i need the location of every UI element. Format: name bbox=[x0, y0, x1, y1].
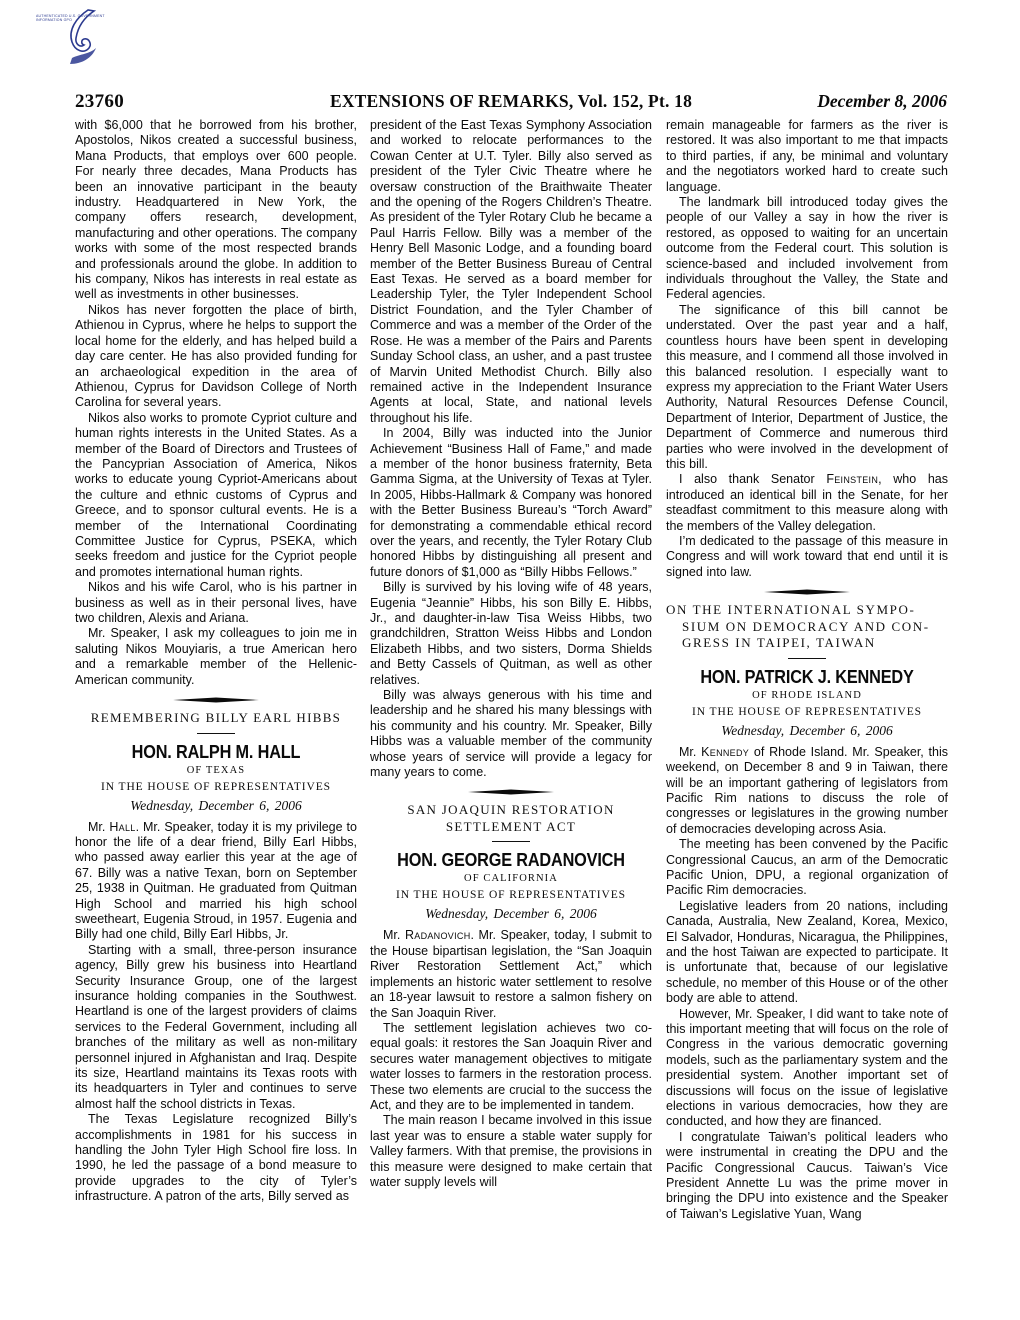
gpo-authentication-logo: AUTHENTICATED U.S. GOVERNMENT INFORMATIO… bbox=[30, 6, 110, 76]
paragraph: Nikos has never forgotten the place of b… bbox=[75, 303, 357, 411]
paragraph: However, Mr. Speaker, I did want to take… bbox=[666, 1007, 948, 1130]
column-3: remain manageable for farmers as the riv… bbox=[666, 118, 948, 1222]
paragraph: The settlement legislation achieves two … bbox=[370, 1021, 652, 1113]
paragraph: I congratulate Taiwan’s political leader… bbox=[666, 1130, 948, 1222]
paragraph: Legislative leaders from 20 nations, inc… bbox=[666, 899, 948, 1007]
heading-rule bbox=[492, 841, 530, 842]
paragraph: The main reason I became involved in thi… bbox=[370, 1113, 652, 1190]
paragraph: Mr. Radanovich. Mr. Speaker, today, I su… bbox=[370, 928, 652, 1020]
paragraph: In 2004, Billy was inducted into the Jun… bbox=[370, 426, 652, 580]
paragraph: The significance of this bill cannot be … bbox=[666, 303, 948, 472]
chamber-line: IN THE HOUSE OF REPRESENTATIVES bbox=[666, 705, 948, 719]
speaker-name: Radanovich bbox=[405, 928, 471, 942]
senator-name: Feinstein bbox=[826, 472, 878, 486]
paragraph: The Texas Legislature recognized Billy’s… bbox=[75, 1112, 357, 1204]
member-name: HON. GEORGE RADANOVICH bbox=[387, 849, 635, 870]
date-line: Wednesday, December 6, 2006 bbox=[370, 906, 652, 922]
member-name: HON. RALPH M. HALL bbox=[92, 741, 340, 762]
member-state: OF RHODE ISLAND bbox=[666, 689, 948, 702]
chamber-line: IN THE HOUSE OF REPRESENTATIVES bbox=[75, 780, 357, 794]
section-heading: ON THE INTERNATIONAL SYMPO- SIUM ON DEMO… bbox=[666, 602, 948, 652]
paragraph: president of the East Texas Symphony Ass… bbox=[370, 118, 652, 426]
column-2: president of the East Texas Symphony Ass… bbox=[370, 118, 652, 1190]
congressional-record-page: AUTHENTICATED U.S. GOVERNMENT INFORMATIO… bbox=[0, 0, 1020, 1320]
paragraph: Billy is survived by his loving wife of … bbox=[370, 580, 652, 688]
section-heading: SAN JOAQUIN RESTORATION SETTLEMENT ACT bbox=[370, 802, 652, 835]
paragraph: The meeting has been convened by the Pac… bbox=[666, 837, 948, 899]
heading-rule bbox=[197, 733, 235, 734]
paragraph: Mr. Kennedy of Rhode Island. Mr. Speaker… bbox=[666, 745, 948, 837]
section-heading: REMEMBERING BILLY EARL HIBBS bbox=[75, 710, 357, 727]
member-state: OF CALIFORNIA bbox=[370, 872, 652, 885]
paragraph-text: . Mr. Speaker, today it is my privilege … bbox=[75, 820, 357, 942]
paragraph: The landmark bill introduced today gives… bbox=[666, 195, 948, 303]
section-divider bbox=[666, 589, 948, 595]
paragraph: I also thank Senator Feinstein, who has … bbox=[666, 472, 948, 534]
paragraph: Nikos also works to promote Cypriot cult… bbox=[75, 411, 357, 580]
member-name: HON. PATRICK J. KENNEDY bbox=[683, 666, 931, 687]
paragraph: Starting with a small, three-person insu… bbox=[75, 943, 357, 1112]
heading-rule bbox=[788, 658, 826, 659]
section-divider bbox=[75, 697, 357, 703]
paragraph: I’m dedicated to the passage of this mea… bbox=[666, 534, 948, 580]
chamber-line: IN THE HOUSE OF REPRESENTATIVES bbox=[370, 888, 652, 902]
date-line: Wednesday, December 6, 2006 bbox=[666, 723, 948, 739]
paragraph-text: I also thank Senator bbox=[679, 472, 826, 486]
date-line: Wednesday, December 6, 2006 bbox=[75, 798, 357, 814]
speaker-prefix: Mr. bbox=[679, 745, 701, 759]
speaker-prefix: Mr. bbox=[88, 820, 109, 834]
speaker-name: Hall bbox=[109, 820, 135, 834]
section-divider bbox=[370, 789, 652, 795]
issue-date: December 8, 2006 bbox=[747, 90, 947, 112]
speaker-name: Kennedy bbox=[701, 745, 749, 759]
paragraph: remain manageable for farmers as the riv… bbox=[666, 118, 948, 195]
page-header: 23760 EXTENSIONS OF REMARKS, Vol. 152, P… bbox=[75, 90, 947, 113]
page-number: 23760 bbox=[75, 91, 275, 113]
column-1: with $6,000 that he borrowed from his br… bbox=[75, 118, 357, 1205]
paragraph: with $6,000 that he borrowed from his br… bbox=[75, 118, 357, 303]
paragraph: Mr. Hall. Mr. Speaker, today it is my pr… bbox=[75, 820, 357, 943]
paragraph: Billy was always generous with his time … bbox=[370, 688, 652, 780]
paragraph: Mr. Speaker, I ask my colleagues to join… bbox=[75, 626, 357, 688]
publication-title: EXTENSIONS OF REMARKS, Vol. 152, Pt. 18 bbox=[275, 90, 747, 112]
gpo-eagle-swoosh-icon bbox=[58, 8, 100, 72]
member-state: OF TEXAS bbox=[75, 764, 357, 777]
speaker-prefix: Mr. bbox=[383, 928, 405, 942]
paragraph: Nikos and his wife Carol, who is his par… bbox=[75, 580, 357, 626]
